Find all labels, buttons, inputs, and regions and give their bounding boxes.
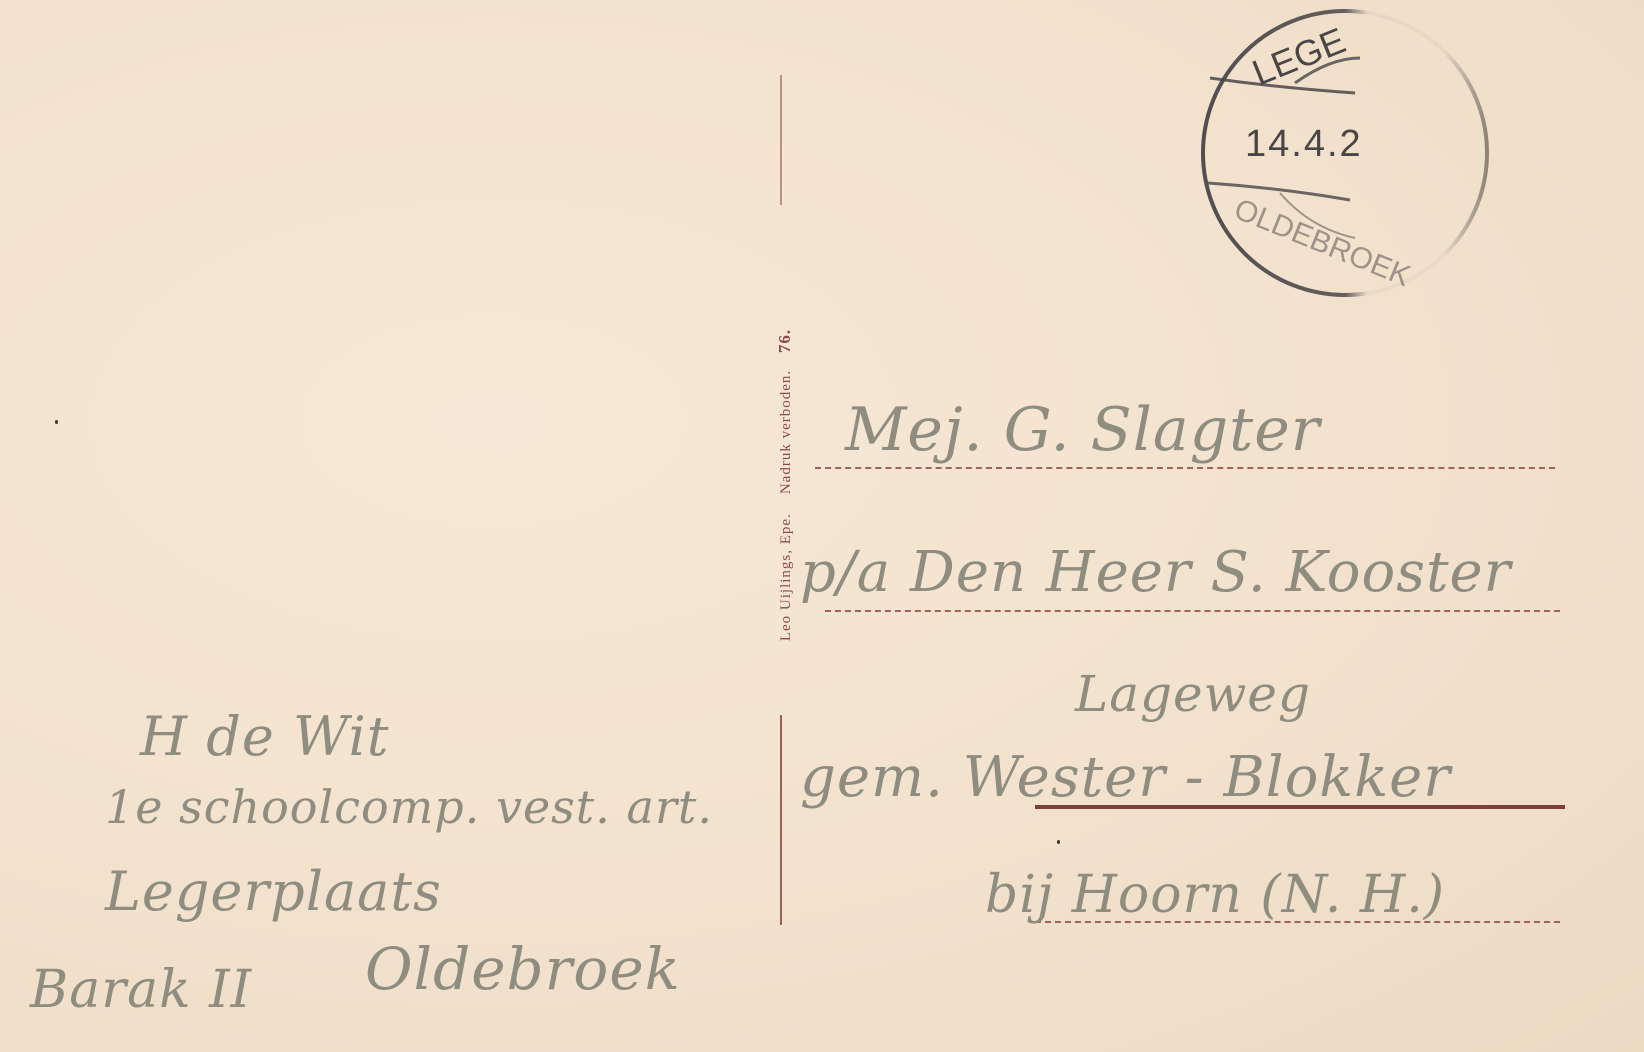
paper-speck	[1057, 840, 1060, 844]
postmark-date: 14.4.2	[1245, 123, 1363, 165]
sender-unit: 1e schoolcomp. vest. art.	[105, 780, 713, 834]
recipient-name: Mej. G. Slagter	[845, 395, 1320, 465]
postcard: LEGE 14.4.2 OLDEBROEK Leo Uijlings, Epe.…	[0, 0, 1644, 1052]
sender-camp: Legerplaats	[105, 860, 442, 923]
sender-barracks: Barak II	[30, 960, 252, 1020]
address-line-1	[815, 467, 1555, 469]
recipient-care-of: p/a Den Heer S. Kooster	[800, 540, 1511, 605]
recipient-municipality: gem. Wester - Blokker	[800, 745, 1451, 810]
postmark-circle-icon: LEGE 14.4.2 OLDEBROEK	[1180, 0, 1510, 318]
recipient-street: Lageweg	[1075, 665, 1311, 723]
recipient-city: bij Hoorn (N. H.)	[985, 865, 1445, 925]
postmark-stamp: LEGE 14.4.2 OLDEBROEK	[1180, 0, 1510, 318]
publisher-text: Leo Uijlings, Epe.	[778, 513, 794, 641]
notice-text: Nadruk verboden.	[778, 370, 794, 494]
postmark-top-text: LEGE	[1247, 19, 1351, 93]
divider-line-top	[780, 75, 782, 205]
postmark-bottom-text: OLDEBROEK	[1230, 193, 1415, 294]
card-number: 76.	[775, 329, 794, 353]
sender-name: H de Wit	[140, 705, 389, 768]
sender-town: Oldebroek	[365, 935, 681, 1003]
printer-imprint: Leo Uijlings, Epe. Nadruk verboden. 76.	[775, 329, 795, 641]
address-line-2	[825, 610, 1560, 612]
divider-line-bottom	[780, 715, 782, 925]
paper-speck	[55, 420, 58, 424]
